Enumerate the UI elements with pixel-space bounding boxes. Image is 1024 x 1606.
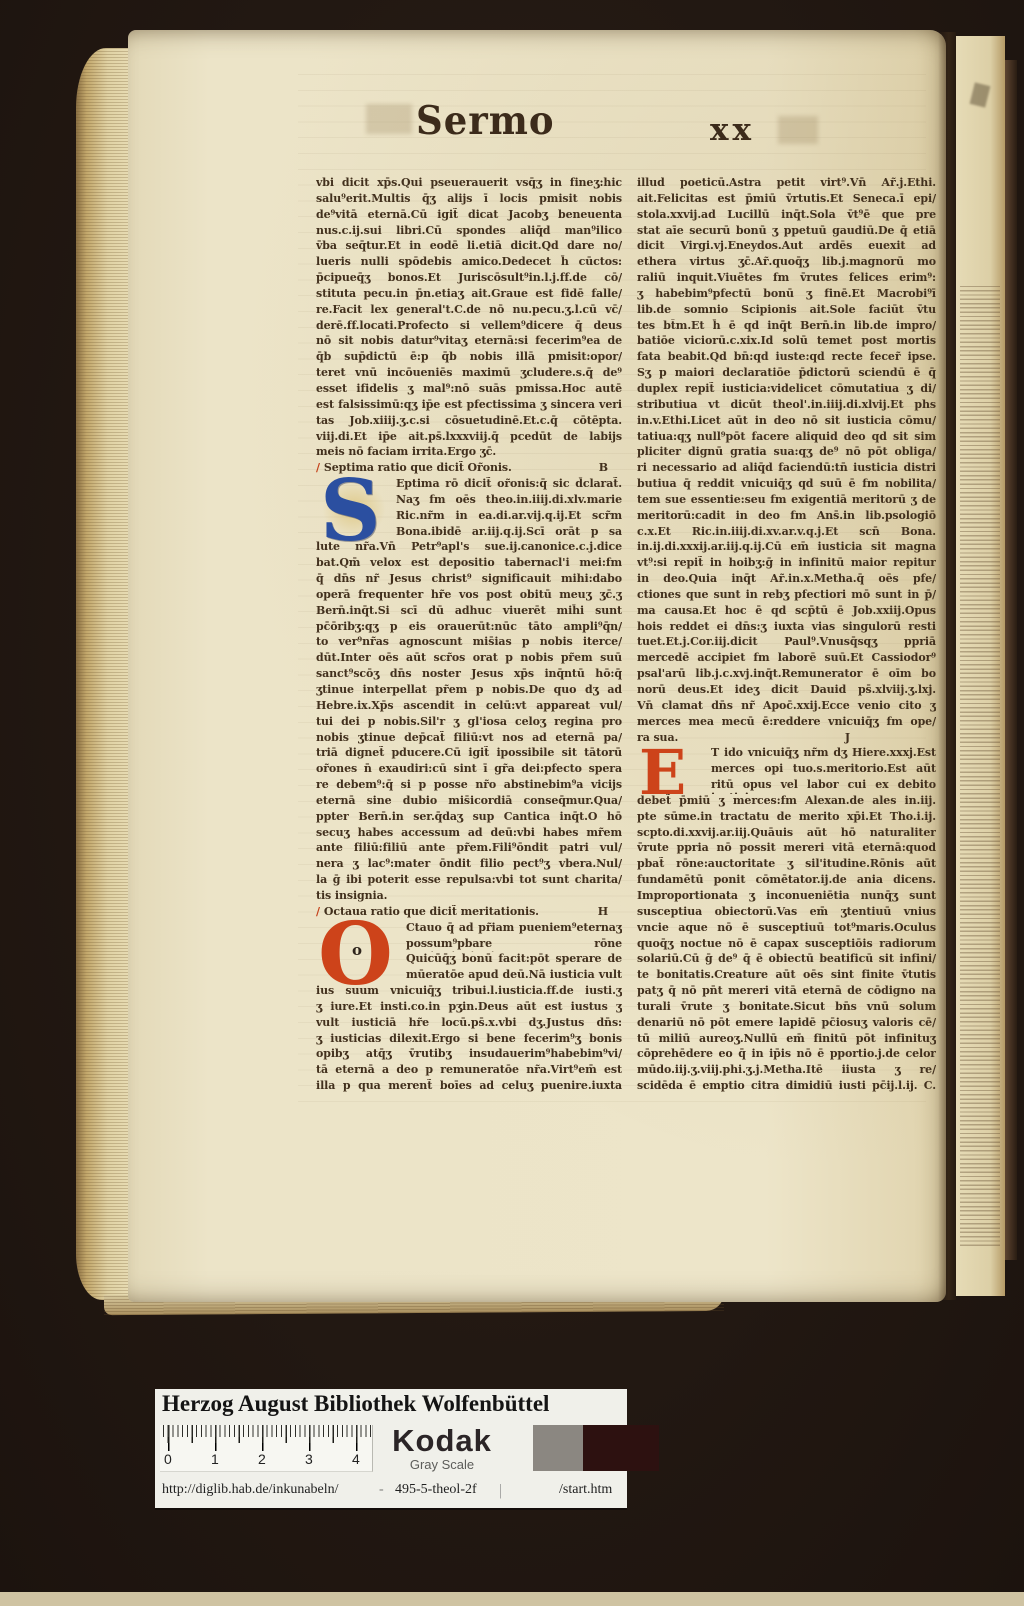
text-line: to ver⁹nr̃as agnoscunt mis̄ias p nobis i… <box>316 635 622 651</box>
ruler-ticks <box>160 1425 372 1451</box>
text-line: Naʒ fm oēs theo.in.iiij.di.xlv.marie <box>396 493 622 509</box>
text-line: ctiones que sunt in rebʒ pfectiori mō su… <box>637 588 936 604</box>
footer-label: Herzog August Bibliothek Wolfenbüttel 01… <box>155 1389 627 1508</box>
marginal-letter: H <box>598 905 608 921</box>
ruler-number: 3 <box>305 1451 313 1467</box>
text-line: pliciter dignū gratia sua:qʒ de⁹ nō pōt … <box>637 445 936 461</box>
text-line: pte sūme.in tractatu de merito xp̄i.Et T… <box>637 810 936 826</box>
text-line: scidēda ē emptio citra dimidiū iusti pc̄… <box>637 1079 936 1095</box>
text-line: v̄ba seq̄tur.Et in eodē li.etiā dicit.Qd… <box>316 239 622 255</box>
text-line: esset ifidelis ʒ mal⁹:nō suās pmissa.Hoc… <box>316 382 622 398</box>
text-line: pc̄ōribʒ:qʒ p eis orauerūt:nūc tāto ampl… <box>316 620 622 636</box>
text-line: psal'arū lib.j.c.xvj.inq̄t.Remunerator ē… <box>637 667 936 683</box>
page-number: xx <box>710 112 755 148</box>
text-line: raliū inquit.Viuētes fm v̄rutes felices … <box>637 271 936 287</box>
text-line: ma causa.Et hoc ē qd scp̄tū ē Job.xxiij.… <box>637 604 936 620</box>
text-line: triā dignet̃ pducere.Cū igit̃ ipossibile… <box>316 746 622 762</box>
text-line: mūdo.iij.ʒ.viij.phi.ʒ.j.Metha.Itē iiusta… <box>637 1063 936 1079</box>
ruler-number: 1 <box>211 1451 219 1467</box>
text-line: operā frequenter hr̃e vos post obitū meu… <box>316 588 622 604</box>
gutter-crease <box>938 32 956 1300</box>
initial-letter: E <box>639 736 686 809</box>
source-url: http://diglib.hab.de/inkunabeln/ <box>162 1482 339 1498</box>
text-line: illud poeticū.Astra petit virt⁹.Vn̄ Ar̃.… <box>637 176 936 192</box>
text-line: stola.xxvij.ad Lucillū inq̄t.Sola v̄t⁹ē … <box>637 208 936 224</box>
ink-bleed-mark <box>366 104 412 134</box>
text-line: fundamētū ponit cōmētator.ij.de ania dic… <box>637 873 936 889</box>
text-line: ʒ iusticias dilexit.Ergo si bene fecerim… <box>316 1032 622 1048</box>
ruler-number: 0 <box>164 1451 172 1467</box>
text-line: te bonitatis.Creature aūt oēs sint finit… <box>637 968 936 984</box>
guide-letter: o <box>352 941 362 959</box>
start-path: /start.htm <box>559 1482 612 1498</box>
text-line: nobis ʒtinue dep̄cat̃ filiū:vt nos ad et… <box>316 731 622 747</box>
gray-scale-patch <box>533 1425 583 1471</box>
text-line: mercedē accipiet fm laborē suū.Et Cassio… <box>637 651 936 667</box>
text-line: nus.c.ij.sui libri.Cū spondes aliq̄d man… <box>316 224 622 240</box>
ruler-number: 4 <box>352 1451 360 1467</box>
text-line: stat aīe securū bonū ʒ ppetuū gaudiū.De … <box>637 224 936 240</box>
text-line: tes bt̄m.Et h̄ ē qd inq̄t Bern̄.in lib.d… <box>637 319 936 335</box>
text-line: sanct⁹scōʒ dn̄s noster Jesus xp̄s inq̄nt… <box>316 667 622 683</box>
text-line: Improportionata ʒ inconueniētia nunq̄ʒ s… <box>637 889 936 905</box>
text-line: lueris nulli spōdebis amico.Dedecet h̄ c… <box>316 255 622 271</box>
text-line: Vn̄ clamat dn̄s nr̃ Apoc̄.xxij.Ecce veni… <box>637 699 936 715</box>
text-column-left: vbi dicit xp̄s.Qui pseuerauerit vsq̄ʒ in… <box>316 176 622 1095</box>
text-line: ʒ habebim⁹pfectū bonū ʒ finē.Et Macrobi⁹… <box>637 287 936 303</box>
text-line: c.x.Et Ric.in.iiij.di.xv.ar.v.q.j.Et scn… <box>637 525 936 541</box>
text-line: vbi dicit xp̄s.Qui pseuerauerit vsq̄ʒ in… <box>316 176 622 192</box>
text-line: meritorū:cadit in deo fm Ans̄.in lib.pso… <box>637 509 936 525</box>
text-line: norū deus.Et ideʒ dicit Dauid ps̄.xlviij… <box>637 683 936 699</box>
initial-paragraph: ET ido vnicuiq̄ʒ nr̃m dʒ Hiere.xxxj.Estm… <box>637 746 936 794</box>
text-line: merces opi tuo.s.meritorio.Est aūt me <box>711 762 936 778</box>
text-line: ʒtinue interpellat pr̃em p nobis.De quo … <box>316 683 622 699</box>
text-line: illa p qua merent̃ boīes ad celuʒ puenir… <box>316 1079 622 1095</box>
ruler: 01234 <box>160 1425 373 1472</box>
text-line: possum⁹pbare rōne meritationis:sic. <box>406 937 622 953</box>
text-line: T ido vnicuiq̄ʒ nr̃m dʒ Hiere.xxxj.Est <box>711 746 936 762</box>
text-line: la ḡ ibi poterit esse repulsa:vbi tot su… <box>316 873 622 889</box>
decorative-initial-s: S <box>316 477 396 540</box>
text-line: meis nō faciam irrita.Ergo ʒc̄. <box>316 445 622 461</box>
text-line: v̄rute ppria nō possit mereri vitā etern… <box>637 841 936 857</box>
text-line: Bona.ibidē ar.iij.q.ij.Scī orāt p sa <box>396 525 622 541</box>
kodak-brand-text: Kodak <box>377 1423 507 1459</box>
kodak-logo: Kodak Gray Scale <box>377 1423 507 1472</box>
separator-bar: | <box>499 1482 502 1500</box>
text-line: vult iusticiā hr̃e locū.ps̄.x.vbi dʒ.Jus… <box>316 1016 622 1032</box>
text-line: tū miliū aureoʒ.Nullū em̄ finitū pōt inf… <box>637 1032 936 1048</box>
text-line: mūeratōe apud deū.Nā iusticia vult <box>406 968 622 984</box>
text-line: est falsissimū:qʒ ip̄e est pfectissima ʒ… <box>316 398 622 414</box>
text-line: in.v.Ethi.Licet aūt in deo nō sit iustic… <box>637 414 936 430</box>
text-line: ri necessario ad aliq̄d faciendū:tn̄ ius… <box>637 461 936 477</box>
text-line: ppter Bern̄.in ser.q̄daʒ sup Cantica inq… <box>316 810 622 826</box>
text-line: ethera virtus ʒc̄.Ar̃.quoq̄ʒ lib.j.magno… <box>637 255 936 271</box>
text-line: cōprehēdere eo q̄ in ip̄is nō ē pportio.… <box>637 1047 936 1063</box>
text-line: q̄ dn̄s nr̃ Jesus christ⁹ significauit m… <box>316 572 622 588</box>
text-line: hois reddet ei dn̄s:ʒ iuxta vias singulo… <box>637 620 936 636</box>
text-line: denariū nō pōt emere lapidē pc̄iosuʒ val… <box>637 1016 936 1032</box>
separator-dash: - <box>379 1482 384 1498</box>
text-line: dicit Virgi.vj.Eneydos.Aut ardēs euexit … <box>637 239 936 255</box>
text-line: tuet.Et.j.Cor.iij.dicit Paul⁹.Vnusq̄sqʒ … <box>637 635 936 651</box>
fore-edge-text-striations <box>960 286 1000 1246</box>
fore-edge-right <box>956 36 1005 1296</box>
page-edges-left <box>76 48 134 1300</box>
text-line: tis insignia. <box>316 889 622 905</box>
decorative-initial-e: E <box>637 746 711 794</box>
text-line: tatiua:qʒ null⁹pōt facere aliquid deo qd… <box>637 430 936 446</box>
gray-scale-label: Gray Scale <box>377 1457 507 1472</box>
text-line: batiōe viciorū.c.xix.Id solū temet post … <box>637 334 936 350</box>
text-line: pbat̃ rōne:auctoritate ʒ sil'itudine.Rōn… <box>637 857 936 873</box>
initial-letter: S <box>320 461 381 560</box>
text-line: Eptima rō dicit̃ or̃onis:q̄ sic d̄clarat… <box>396 477 622 493</box>
text-line: patʒ q̄ nō pn̄t mereri vitā eternā de cō… <box>637 984 936 1000</box>
text-line: q̄b sup̄dictū ē:p q̄b nobis illā pmisit:… <box>316 350 622 366</box>
text-line: re.Facit lex general't.C.de nō nu.pecu.ʒ… <box>316 303 622 319</box>
caption-row: http://diglib.hab.de/inkunabeln/ - 495-5… <box>155 1479 627 1505</box>
page-header-title: Sermo <box>416 97 555 144</box>
text-line: stributiua vt dicūt theol'.in.iiij.di.xl… <box>637 398 936 414</box>
text-line: Bern̄.inq̄t.Si scī dū adhuc viuerēt mih̄… <box>316 604 622 620</box>
decorative-initial-o: Oo <box>316 921 406 984</box>
text-line: duplex repit̃ iusticia:videlicet cōmutat… <box>637 382 936 398</box>
text-line: merces mea mecū ē:reddere vnicuiq̄ʒ fm o… <box>637 715 936 731</box>
initial-paragraph: OoCtauo q̄ ad pr̃iam pueniem⁹eternaʒposs… <box>316 921 622 984</box>
scan-edge-strip <box>0 1592 1024 1606</box>
text-line: salu⁹erit.Multis q̄ʒ alijs ī locis pmisi… <box>316 192 622 208</box>
text-line: ante filiū:filiū ante pr̃em.Fili⁹ōndit p… <box>316 841 622 857</box>
text-line: ritū opus vel labor cui ex debito iustic… <box>711 778 936 794</box>
text-line: dūt.Inter oēs aūt scr̃os orat p nobis pr… <box>316 651 622 667</box>
dark-scale-patch <box>583 1425 659 1471</box>
text-line: Ric.nr̃m in ea.di.ar.vij.q.ij.Et scr̃m <box>396 509 622 525</box>
text-line: de⁹vitā eternā.Cū igit̃ dicat Jacobʒ ben… <box>316 208 622 224</box>
text-line: Quicūq̄ʒ bonū facit:pōt sperare de re <box>406 952 622 968</box>
library-name: Herzog August Bibliothek Wolfenbüttel <box>162 1391 622 1417</box>
text-line: tem sue essentie:seu fm exigentiā merito… <box>637 493 936 509</box>
text-line: susceptiua obiectorū.Vas em̄ ʒtentiuū vn… <box>637 905 936 921</box>
text-line: vncie aque nō ē susceptiuū tot⁹maris.Ocu… <box>637 921 936 937</box>
text-line: nō sit nobis datur⁹vitaʒ eternā:si fecer… <box>316 334 622 350</box>
text-line: re debem⁹:q̄ si p posse nr̃o abstinebim⁹… <box>316 778 622 794</box>
text-line: viij.di.Et ip̄e ait.ps̄.lxxxviij.q̄ pced… <box>316 430 622 446</box>
marginal-letter: B <box>599 461 608 477</box>
text-line: tā eternā a deo p remuneratōe nr̃a.Virt⁹… <box>316 1063 622 1079</box>
text-line: nera ʒ lac⁹:mater ōndit filio pect⁹ʒ vbe… <box>316 857 622 873</box>
text-line: tas Job.xiiij.ʒ.c.si cōsuetudinē.Et.c.q̄… <box>316 414 622 430</box>
text-line: lib.de somnio Scipionis ait.Sole faciūt … <box>637 303 936 319</box>
text-line: tui dei p nobis.Sil'r ʒ gl'iosa celoʒ re… <box>316 715 622 731</box>
book-cover-edge <box>1005 60 1017 1260</box>
text-line: or̃ones n̄ exaudiri:cū sint ī gr̃a dei:p… <box>316 762 622 778</box>
text-line: teret vnū incōueniēs maximū ʒcludere.s.q… <box>316 366 622 382</box>
text-line: eternā sine dubio mis̄icordiā conseq̄mur… <box>316 794 622 810</box>
text-line: p̄cipueq̄ʒ bonos.Et Juriscōsult⁹in.l.j.f… <box>316 271 622 287</box>
text-line: stituta pecu.in p̄n.etiaʒ ait.Graue est … <box>316 287 622 303</box>
edge-mark <box>970 82 991 107</box>
text-line: fata beabit.Qd bn̄:qd iuste:qd recte fec… <box>637 350 936 366</box>
text-line: butiua q̄ reddit vnicuiq̄ʒ qd suū ē fm n… <box>637 477 936 493</box>
text-line: Hebre.ix.Xp̄s ascendit in celū:vt appare… <box>316 699 622 715</box>
marginal-letter: J <box>845 731 850 747</box>
text-line: turali v̄rute ʒ bonitate.Sicut bn̄s vnū … <box>637 1000 936 1016</box>
text-line: quoq̄ʒ noctue nō ē capax susceptiōis rad… <box>637 937 936 953</box>
shelfmark: 495-5-theol-2f <box>395 1482 477 1498</box>
initial-paragraph: SEptima rō dicit̃ or̃onis:q̄ sic d̄clara… <box>316 477 622 540</box>
text-line: secuʒ habes accessum ad deū:vbi habes mr… <box>316 826 622 842</box>
ruler-number: 2 <box>258 1451 266 1467</box>
text-line: solariū.Cū ḡ de⁹ q̄ ē obiectū beatificū … <box>637 952 936 968</box>
text-line: scpto.di.xxvij.ar.iij.Quāuis aūt hō natu… <box>637 826 936 842</box>
text-column-right: illud poeticū.Astra petit virt⁹.Vn̄ Ar̃.… <box>637 176 936 1095</box>
text-line: in.ij.di.xxxij.ar.iij.q.ij.Cū em̄ iustic… <box>637 540 936 556</box>
text-line: Ctauo q̄ ad pr̃iam pueniem⁹eternaʒ <box>406 921 622 937</box>
text-line: opibʒ atq̄ʒ v̄rutibʒ insudauerim⁹habebim… <box>316 1047 622 1063</box>
text-line: derē.ff.locati.Profecto si vellem⁹dicere… <box>316 319 622 335</box>
text-line: ait.Felicitas est p̄miū v̄rtutis.Et Sene… <box>637 192 936 208</box>
ink-bleed-mark <box>778 116 818 144</box>
text-line: Sʒ p maiori declaratiōe p̄dictorū sciend… <box>637 366 936 382</box>
text-line: vt⁹:si repit̃ in hoibʒ:ḡ in infinitū mai… <box>637 556 936 572</box>
text-line: in deo.Quia inq̄t Ar̃.in.x.Metha.q̄ oēs … <box>637 572 936 588</box>
